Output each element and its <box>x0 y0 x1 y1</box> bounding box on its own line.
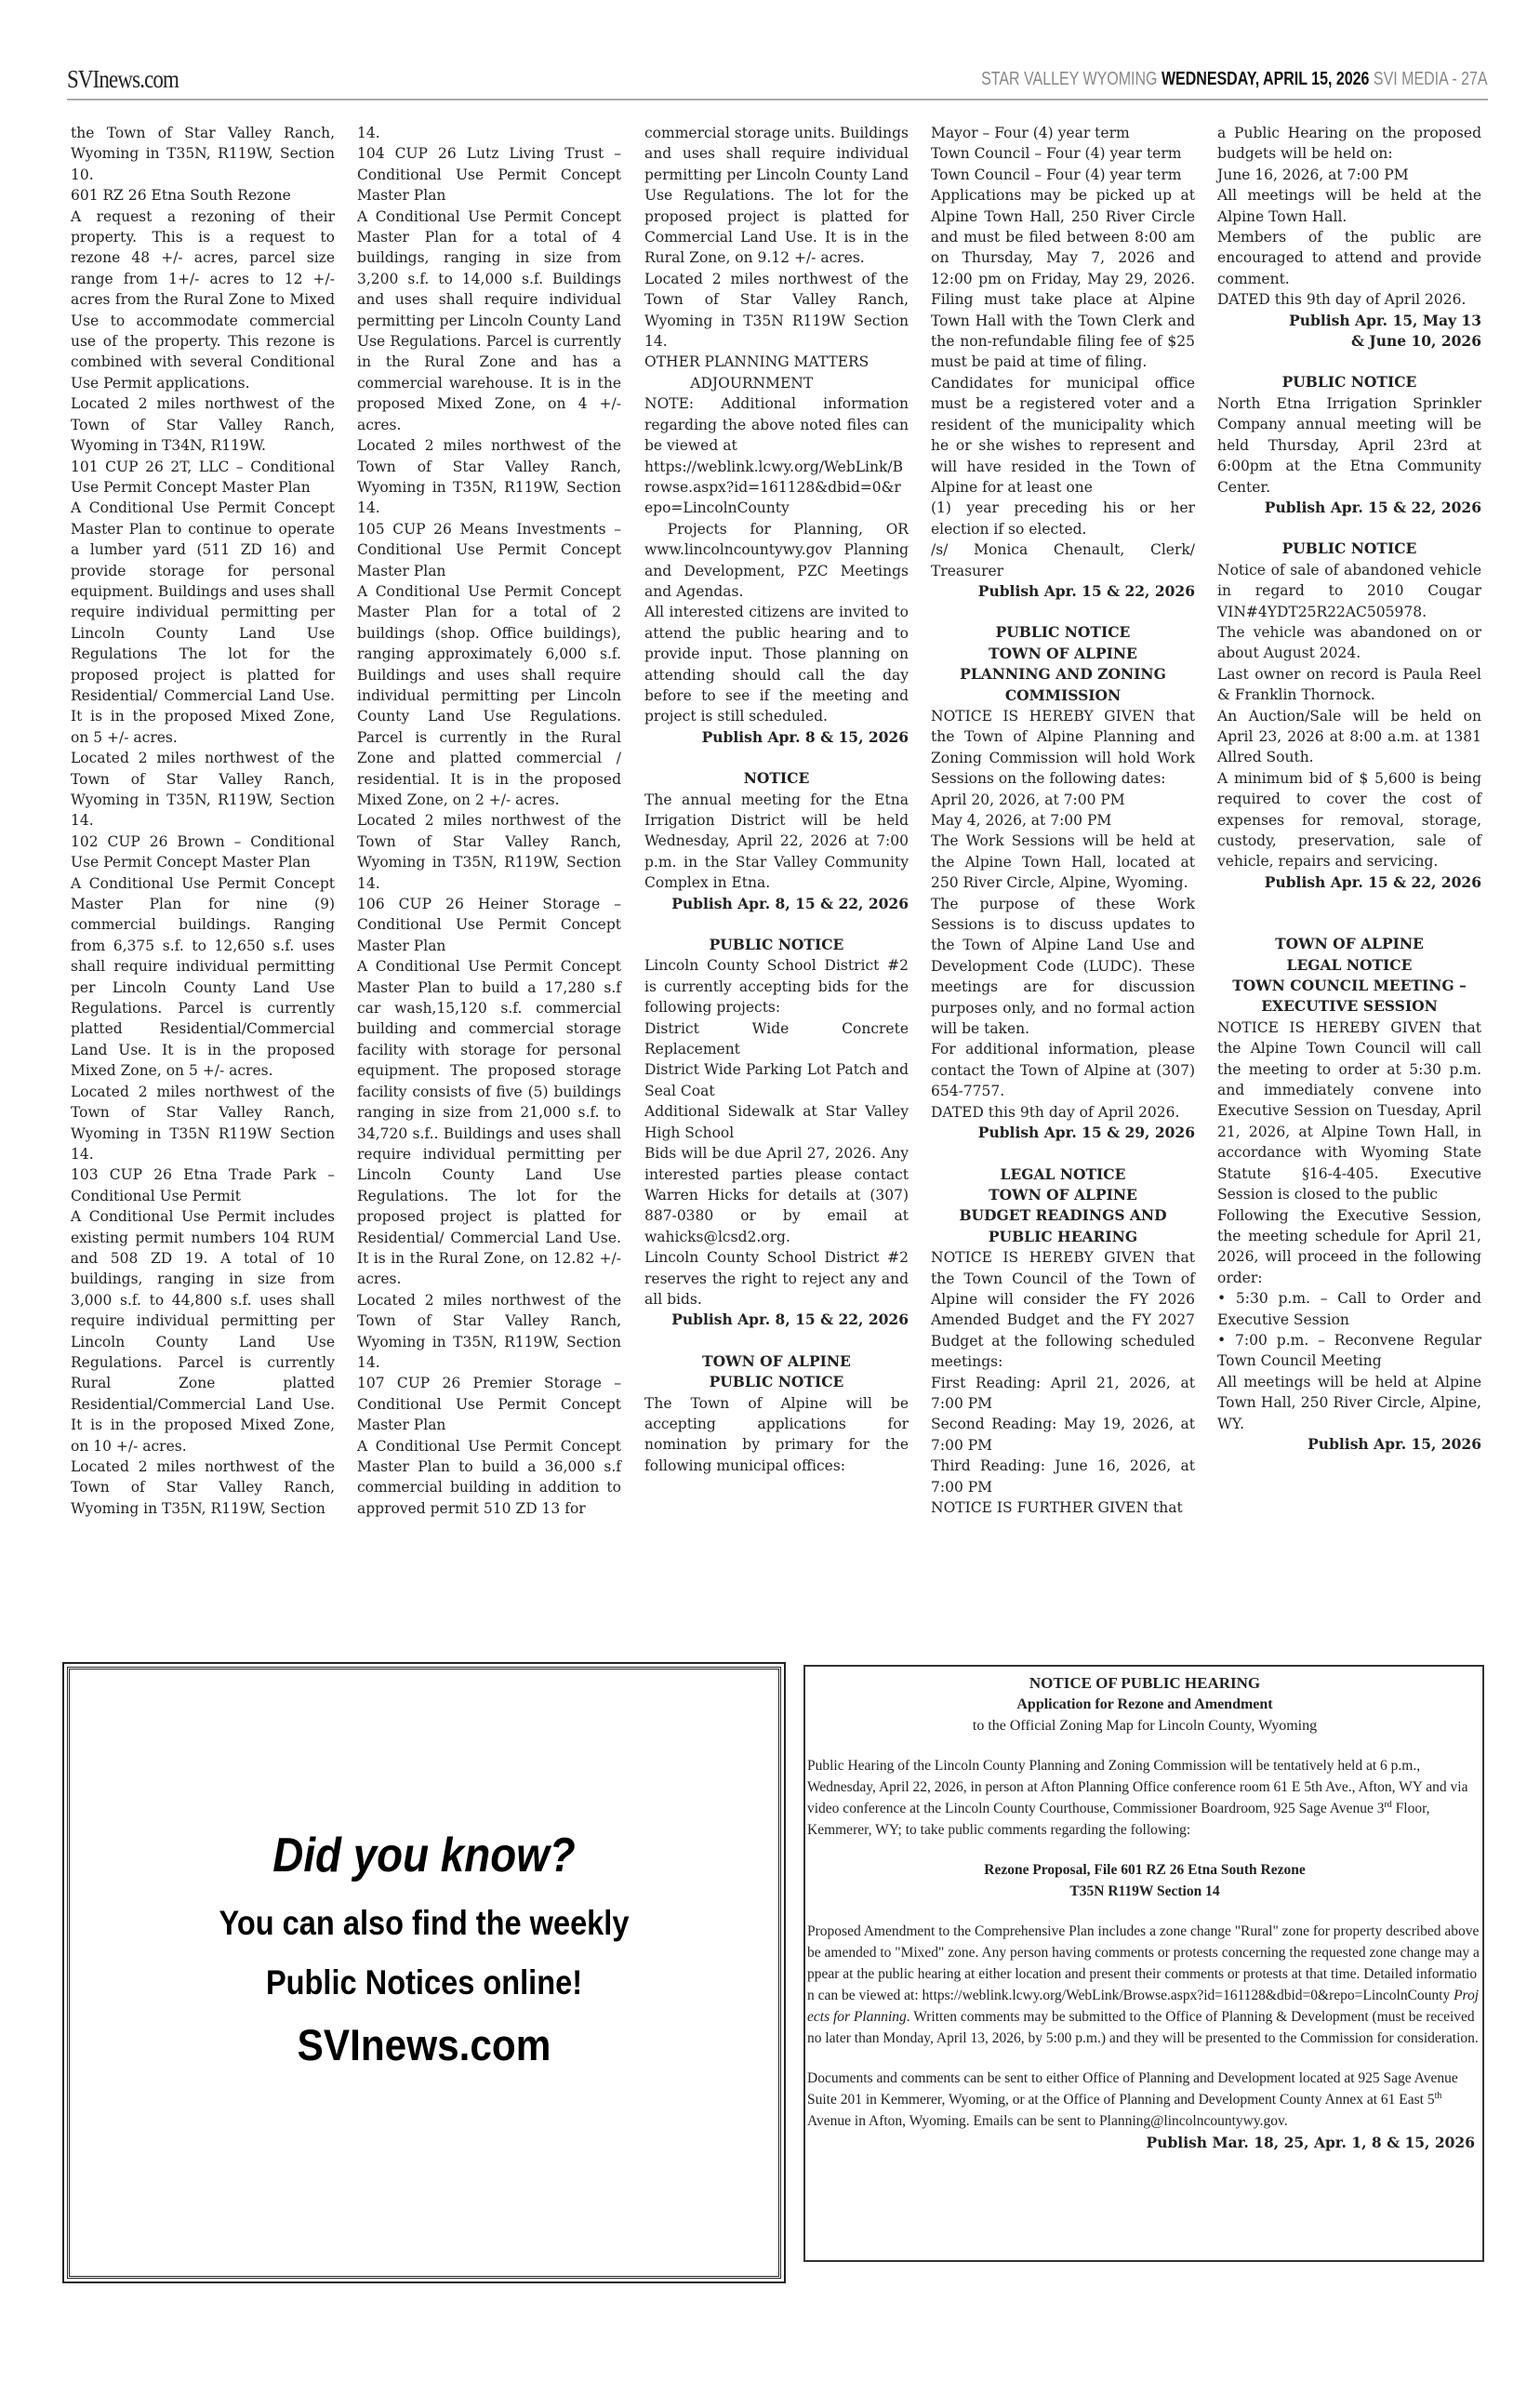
notice-paragraph: 601 RZ 26 Etna South Rezone <box>71 185 335 206</box>
notice-heading: BUDGET READINGS AND <box>931 1205 1195 1226</box>
column-4: Mayor – Four (4) year termTown Council –… <box>931 123 1195 1518</box>
notice-paragraph: The purpose of these Work Sessions is to… <box>931 894 1195 1040</box>
notice-paragraph: April 20, 2026, at 7:00 PM <box>931 790 1195 810</box>
hearing-paragraph-3: Documents and comments can be sent to ei… <box>807 2068 1482 2132</box>
column-5: a Public Hearing on the proposed budgets… <box>1217 123 1481 1455</box>
notice-heading: LEGAL NOTICE <box>1217 955 1481 976</box>
notice-heading: TOWN OF ALPINE <box>644 1351 909 1372</box>
notice-paragraph: A Conditional Use Permit Concept Master … <box>357 956 621 1290</box>
notice-paragraph: NOTICE IS FURTHER GIVEN that <box>931 1497 1195 1518</box>
spacer <box>1217 518 1481 539</box>
notice-paragraph: District Wide Concrete Replacement <box>644 1018 909 1060</box>
notice-paragraph: 102 CUP 26 Brown – Conditional Use Permi… <box>71 831 335 873</box>
notice-paragraph: All interested citizens are invited to a… <box>644 602 909 726</box>
notice-paragraph: May 4, 2026, at 7:00 PM <box>931 810 1195 831</box>
notice-heading: PUBLIC NOTICE <box>644 1372 909 1392</box>
text: Public Hearing of the Lincoln County Pla… <box>807 1758 1467 1816</box>
masthead: SVInews.com STAR VALLEY WYOMING WEDNESDA… <box>67 65 1488 100</box>
notice-paragraph: 106 CUP 26 Heiner Storage – Conditional … <box>357 894 621 956</box>
notice-paragraph: Last owner on record is Paula Reel & Fra… <box>1217 664 1481 706</box>
notice-heading: TOWN COUNCIL MEETING – <box>1217 976 1481 996</box>
notice-paragraph: A Conditional Use Permit Concept Master … <box>357 206 621 435</box>
ad-line-1: You can also find the weekly <box>113 1904 737 1943</box>
notice-paragraph: Additional Sidewalk at Star Valley High … <box>644 1101 909 1143</box>
notice-paragraph: NOTE: Additional information regarding t… <box>644 393 909 456</box>
notice-paragraph: North Etna Irrigation Sprinkler Company … <box>1217 393 1481 498</box>
superscript: rd <box>1384 1800 1391 1810</box>
notice-paragraph: All meetings will be held at Alpine Town… <box>1217 1372 1481 1434</box>
notice-paragraph: For additional information, please conta… <box>931 1039 1195 1101</box>
notice-paragraph: June 16, 2026, at 7:00 PM <box>1217 165 1481 185</box>
legal-notices-columns: the Town of Star Valley Ranch, Wyoming i… <box>71 123 1484 1611</box>
text: Documents and comments can be sent to ei… <box>807 2070 1458 2108</box>
text: Avenue in Afton, Wyoming. Emails can be … <box>807 2113 1288 2129</box>
ad-line-2: Public Notices online! <box>113 1963 737 2002</box>
notice-paragraph: NOTICE IS HEREBY GIVEN that the Alpine T… <box>1217 1018 1481 1205</box>
publish-line: Publish Apr. 15 & 29, 2026 <box>931 1123 1195 1143</box>
notice-paragraph: Located 2 miles northwest of the Town of… <box>357 435 621 519</box>
ad-url[interactable]: SVInews.com <box>105 2019 743 2070</box>
spacer <box>1217 913 1481 934</box>
text: Proposed Amendment to the Comprehensive … <box>807 1923 1480 2003</box>
notice-paragraph: • 5:30 p.m. – Call to Order and Executiv… <box>1217 1288 1481 1330</box>
notice-paragraph: A minimum bid of $ 5,600 is being requir… <box>1217 768 1481 872</box>
notice-heading: PUBLIC HEARING <box>931 1227 1195 1247</box>
proposal-line-1: Rezone Proposal, File 601 RZ 26 Etna Sou… <box>807 1859 1482 1881</box>
spacer <box>931 1144 1195 1164</box>
notice-paragraph: A Conditional Use Permit Concept Master … <box>71 498 335 748</box>
publish-line: Publish Apr. 15, 2026 <box>1217 1434 1481 1455</box>
notice-paragraph: Located 2 miles northwest of the Town of… <box>71 1457 335 1519</box>
notice-paragraph: Candidates for municipal office must be … <box>931 373 1195 498</box>
notice-heading: TOWN OF ALPINE <box>931 1185 1195 1205</box>
notice-paragraph: • 7:00 p.m. – Reconvene Regular Town Cou… <box>1217 1330 1481 1372</box>
dateline: STAR VALLEY WYOMING WEDNESDAY, APRIL 15,… <box>982 69 1488 90</box>
notice-paragraph: Town Council – Four (4) year term <box>931 143 1195 164</box>
notice-paragraph: Located 2 miles northwest of the Town of… <box>357 810 621 894</box>
notice-paragraph: Mayor – Four (4) year term <box>931 123 1195 143</box>
dateline-location: STAR VALLEY WYOMING <box>982 69 1158 89</box>
notice-paragraph: A Conditional Use Permit includes existi… <box>71 1206 335 1457</box>
superscript: th <box>1435 2091 1442 2101</box>
notice-heading: TOWN OF ALPINE <box>931 644 1195 664</box>
spacer <box>644 914 909 935</box>
notice-paragraph: Third Reading: June 16, 2026, at 7:00 PM <box>931 1456 1195 1497</box>
notice-paragraph: the Town of Star Valley Ranch, Wyoming i… <box>71 123 335 185</box>
notice-paragraph: OTHER PLANNING MATTERS <box>644 352 909 372</box>
dateline-date: WEDNESDAY, APRIL 15, 2026 <box>1162 69 1370 89</box>
notice-paragraph: Located 2 miles northwest of the Town of… <box>71 748 335 831</box>
notice-paragraph: Located 2 miles northwest of the Town of… <box>71 1082 335 1165</box>
notice-paragraph: A request a rezoning of their property. … <box>71 206 335 394</box>
notice-paragraph: DATED this 9th day of April 2026. <box>1217 289 1481 310</box>
spacer <box>1217 352 1481 372</box>
site-name[interactable]: SVInews.com <box>67 65 179 94</box>
hearing-paragraph-2: Proposed Amendment to the Comprehensive … <box>807 1921 1482 2049</box>
hearing-title: NOTICE OF PUBLIC HEARING <box>807 1672 1482 1694</box>
notice-paragraph: Lincoln County School District #2 reserv… <box>644 1247 909 1310</box>
notice-paragraph: A Conditional Use Permit Concept Master … <box>71 873 335 1082</box>
hearing-paragraph-1: Public Hearing of the Lincoln County Pla… <box>807 1755 1482 1841</box>
spacer <box>644 1331 909 1351</box>
notice-paragraph: DATED this 9th day of April 2026. <box>931 1102 1195 1123</box>
publish-line: & June 10, 2026 <box>1217 331 1481 352</box>
publish-line: Publish Apr. 15 & 22, 2026 <box>1217 498 1481 518</box>
notice-paragraph: All meetings will be held at the Alpine … <box>1217 185 1481 227</box>
hearing-subtitle: Application for Rezone and Amendment <box>807 1694 1482 1715</box>
notice-paragraph: Notice of sale of abandoned vehicle in r… <box>1217 560 1481 622</box>
notice-paragraph: 103 CUP 26 Etna Trade Park – Conditional… <box>71 1164 335 1206</box>
ad-headline: Did you know? <box>113 1828 737 1883</box>
hearing-subtitle-2: to the Official Zoning Map for Lincoln C… <box>807 1715 1482 1736</box>
did-you-know-ad: Did you know? You can also find the week… <box>67 1667 781 2279</box>
notice-paragraph: 101 CUP 26 2T, LLC – Conditional Use Per… <box>71 457 335 499</box>
notice-heading: TOWN OF ALPINE <box>1217 934 1481 954</box>
notice-paragraph: Lincoln County School District #2 is cur… <box>644 955 909 1018</box>
spacer <box>1217 893 1481 913</box>
notice-heading: PUBLIC NOTICE <box>644 935 909 955</box>
notice-paragraph: Following the Executive Session, the mee… <box>1217 1205 1481 1289</box>
notice-heading: LEGAL NOTICE <box>931 1164 1195 1185</box>
proposal-line-2: T35N R119W Section 14 <box>807 1881 1482 1902</box>
notice-heading: PUBLIC NOTICE <box>931 622 1195 643</box>
notice-paragraph: 105 CUP 26 Means Investments – Condition… <box>357 519 621 581</box>
notice-paragraph: An Auction/Sale will be held on April 23… <box>1217 706 1481 768</box>
notice-paragraph: The Town of Alpine will be accepting app… <box>644 1393 909 1477</box>
notice-paragraph: NOTICE IS HEREBY GIVEN that the Town Cou… <box>931 1247 1195 1372</box>
notice-paragraph: a Public Hearing on the proposed budgets… <box>1217 123 1481 165</box>
publish-line: Publish Apr. 15 & 22, 2026 <box>1217 872 1481 893</box>
notice-paragraph: Located 2 miles northwest of the Town of… <box>644 269 909 352</box>
notice-paragraph: 104 CUP 26 Lutz Living Trust – Condition… <box>357 143 621 206</box>
notice-paragraph: commercial storage units. Buildings and … <box>644 123 909 269</box>
notice-paragraph: Located 2 miles northwest of the Town of… <box>357 1290 621 1374</box>
notice-paragraph: First Reading: April 21, 2026, at 7:00 P… <box>931 1373 1195 1415</box>
public-hearing-notice-box: NOTICE OF PUBLIC HEARING Application for… <box>803 1665 1484 2262</box>
notice-paragraph: Members of the public are encouraged to … <box>1217 227 1481 289</box>
publish-line: Publish Apr. 15 & 22, 2026 <box>931 581 1195 602</box>
notice-heading: PLANNING AND ZONING <box>931 664 1195 685</box>
spacer <box>931 602 1195 622</box>
notice-heading: PUBLIC NOTICE <box>1217 539 1481 559</box>
notice-heading: PUBLIC NOTICE <box>1217 372 1481 392</box>
notice-paragraph: Located 2 miles northwest of the Town of… <box>71 393 335 456</box>
notice-paragraph: Second Reading: May 19, 2026, at 7:00 PM <box>931 1414 1195 1456</box>
spacer <box>644 748 909 768</box>
notice-paragraph: Projects for Planning, OR www.lincolncou… <box>644 519 909 603</box>
publish-line: Publish Apr. 8, 15 & 22, 2026 <box>644 894 909 914</box>
notice-paragraph: A Conditional Use Permit Concept Master … <box>357 581 621 810</box>
notice-heading: EXECUTIVE SESSION <box>1217 996 1481 1017</box>
publish-line: Publish Apr. 8 & 15, 2026 <box>644 727 909 748</box>
column-2: 14.104 CUP 26 Lutz Living Trust – Condit… <box>357 123 621 1519</box>
notice-paragraph: ADJOURNMENT <box>644 373 909 393</box>
publish-line: Publish Apr. 15, May 13 <box>1217 311 1481 331</box>
notice-paragraph: /s/ Monica Chenault, Clerk/ Treasurer <box>931 539 1195 581</box>
notice-paragraph: https://weblink.lcwy.org/WebLink/Browse.… <box>644 457 909 519</box>
notice-paragraph: 107 CUP 26 Premier Storage – Conditional… <box>357 1373 621 1435</box>
notice-paragraph: A Conditional Use Permit Concept Master … <box>357 1436 621 1520</box>
publish-line: Publish Apr. 8, 15 & 22, 2026 <box>644 1310 909 1330</box>
dateline-page: SVI MEDIA - 27A <box>1374 69 1488 89</box>
text: . Written comments may be submitted to t… <box>807 2009 1479 2046</box>
notice-paragraph: Bids will be due April 27, 2026. Any int… <box>644 1143 909 1247</box>
notice-paragraph: District Wide Parking Lot Patch and Seal… <box>644 1059 909 1101</box>
notice-paragraph: 14. <box>357 123 621 143</box>
notice-heading: NOTICE <box>644 768 909 789</box>
notice-paragraph: NOTICE IS HEREBY GIVEN that the Town of … <box>931 706 1195 790</box>
notice-paragraph: The Work Sessions will be held at the Al… <box>931 831 1195 893</box>
notice-paragraph: Town Council – Four (4) year term <box>931 165 1195 185</box>
notice-paragraph: Applications may be picked up at Alpine … <box>931 185 1195 373</box>
hearing-publish-line: Publish Mar. 18, 25, Apr. 1, 8 & 15, 202… <box>807 2132 1482 2153</box>
column-3: commercial storage units. Buildings and … <box>644 123 909 1476</box>
column-1: the Town of Star Valley Ranch, Wyoming i… <box>71 123 335 1519</box>
notice-paragraph: (1) year preceding his or her election i… <box>931 498 1195 539</box>
notice-paragraph: The annual meeting for the Etna Irrigati… <box>644 790 909 894</box>
notice-paragraph: The vehicle was abandoned on or about Au… <box>1217 622 1481 664</box>
notice-heading: COMMISSION <box>931 685 1195 706</box>
